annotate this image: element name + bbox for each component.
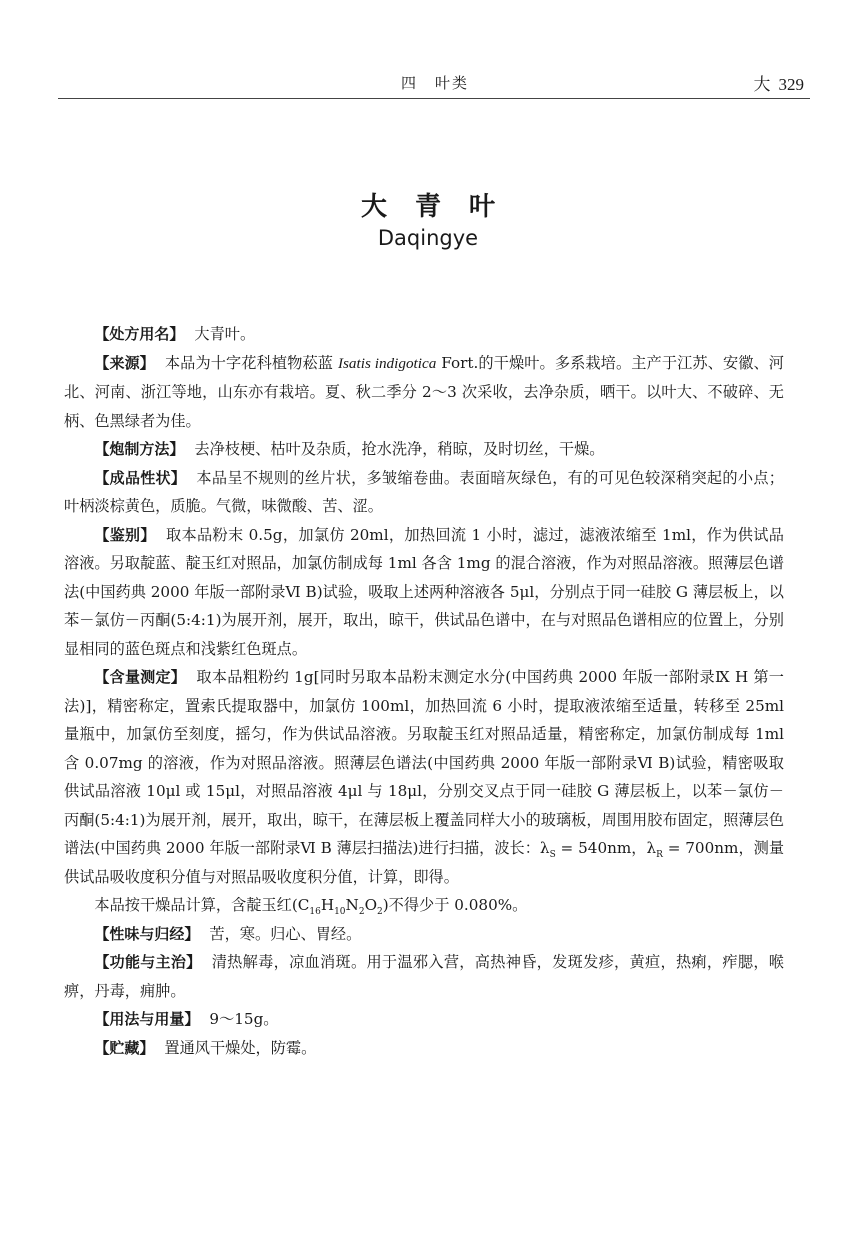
index-character: 大 <box>754 75 771 95</box>
section-text: = 540nm，λ <box>556 839 656 857</box>
page-indicator: 大329 <box>754 70 805 95</box>
formula-element: O <box>365 896 377 914</box>
section-text: 取本品粉末 0.5g，加氯仿 20ml，加热回流 1 小时，滤过，滤液浓缩至 1… <box>64 526 784 658</box>
section-label: 【性味与归经】 <box>94 925 199 943</box>
section-source: 【来源】本品为十字花科植物菘蓝 Isatis indigotica Fort.的… <box>64 349 784 436</box>
section-assay: 【含量测定】取本品粗粉约 1g[同时另取本品粉末测定水分(中国药典 2000 年… <box>64 663 784 891</box>
running-head: 四 叶类 大329 <box>60 68 810 98</box>
section-label: 【处方用名】 <box>94 325 184 343</box>
section-processing: 【炮制方法】去净枝梗、枯叶及杂质，抢水洗净，稍晾，及时切丝，干燥。 <box>64 435 784 464</box>
section-label: 【成品性状】 <box>94 469 186 487</box>
section-label: 【鉴别】 <box>94 526 155 544</box>
entry-body: 【处方用名】大青叶。 【来源】本品为十字花科植物菘蓝 Isatis indigo… <box>64 320 784 1062</box>
section-text: 苦，寒。归心、胃经。 <box>209 925 361 943</box>
section-heading: 四 叶类 <box>60 72 810 93</box>
entry-title: 大青叶 <box>0 186 856 223</box>
section-label: 【贮藏】 <box>94 1039 154 1057</box>
subscript: 16 <box>309 907 320 917</box>
section-text: 去净枝梗、枯叶及杂质，抢水洗净，稍晾，及时切丝，干燥。 <box>194 440 604 458</box>
section-text: 置通风干燥处，防霉。 <box>164 1039 316 1057</box>
page-number: 329 <box>779 75 805 94</box>
section-functions: 【功能与主治】清热解毒，凉血消斑。用于温邪入营，高热神昏，发斑发疹，黄疸，热痢，… <box>64 948 784 1005</box>
section-dosage: 【用法与用量】9～15g。 <box>64 1005 784 1034</box>
header-rule <box>58 98 810 99</box>
section-text: 取本品粗粉约 1g[同时另取本品粉末测定水分(中国药典 2000 年版一部附录Ⅸ… <box>64 668 784 857</box>
formula-element: H <box>321 896 334 914</box>
section-label: 【用法与用量】 <box>94 1010 199 1028</box>
section-text: 本品按干燥品计算，含靛玉红(C <box>94 896 309 914</box>
section-label: 【含量测定】 <box>94 668 186 686</box>
section-identification: 【鉴别】取本品粉末 0.5g，加氯仿 20ml，加热回流 1 小时，滤过，滤液浓… <box>64 521 784 664</box>
latin-name: Isatis indigotica <box>338 355 436 372</box>
section-text: 本品为十字花科植物菘蓝 <box>165 354 338 372</box>
section-storage: 【贮藏】置通风干燥处，防霉。 <box>64 1034 784 1063</box>
section-assay-limit: 本品按干燥品计算，含靛玉红(C16H10N2O2)不得少于 0.080%。 <box>64 891 784 920</box>
section-label: 【来源】 <box>94 354 154 372</box>
section-prescription-name: 【处方用名】大青叶。 <box>64 320 784 349</box>
section-text: 9～15g。 <box>209 1010 278 1028</box>
section-text: )不得少于 0.080%。 <box>383 896 528 914</box>
section-label: 【炮制方法】 <box>94 440 184 458</box>
section-nature-meridian: 【性味与归经】苦，寒。归心、胃经。 <box>64 920 784 949</box>
section-text: 大青叶。 <box>194 325 255 343</box>
subscript: 10 <box>334 907 345 917</box>
subscript: R <box>656 850 663 860</box>
section-label: 【功能与主治】 <box>94 953 201 971</box>
section-appearance: 【成品性状】本品呈不规则的丝片状，多皱缩卷曲。表面暗灰绿色，有的可见色较深稍突起… <box>64 464 784 521</box>
formula-element: N <box>346 896 359 914</box>
entry-pinyin: Daqingye <box>0 226 856 250</box>
